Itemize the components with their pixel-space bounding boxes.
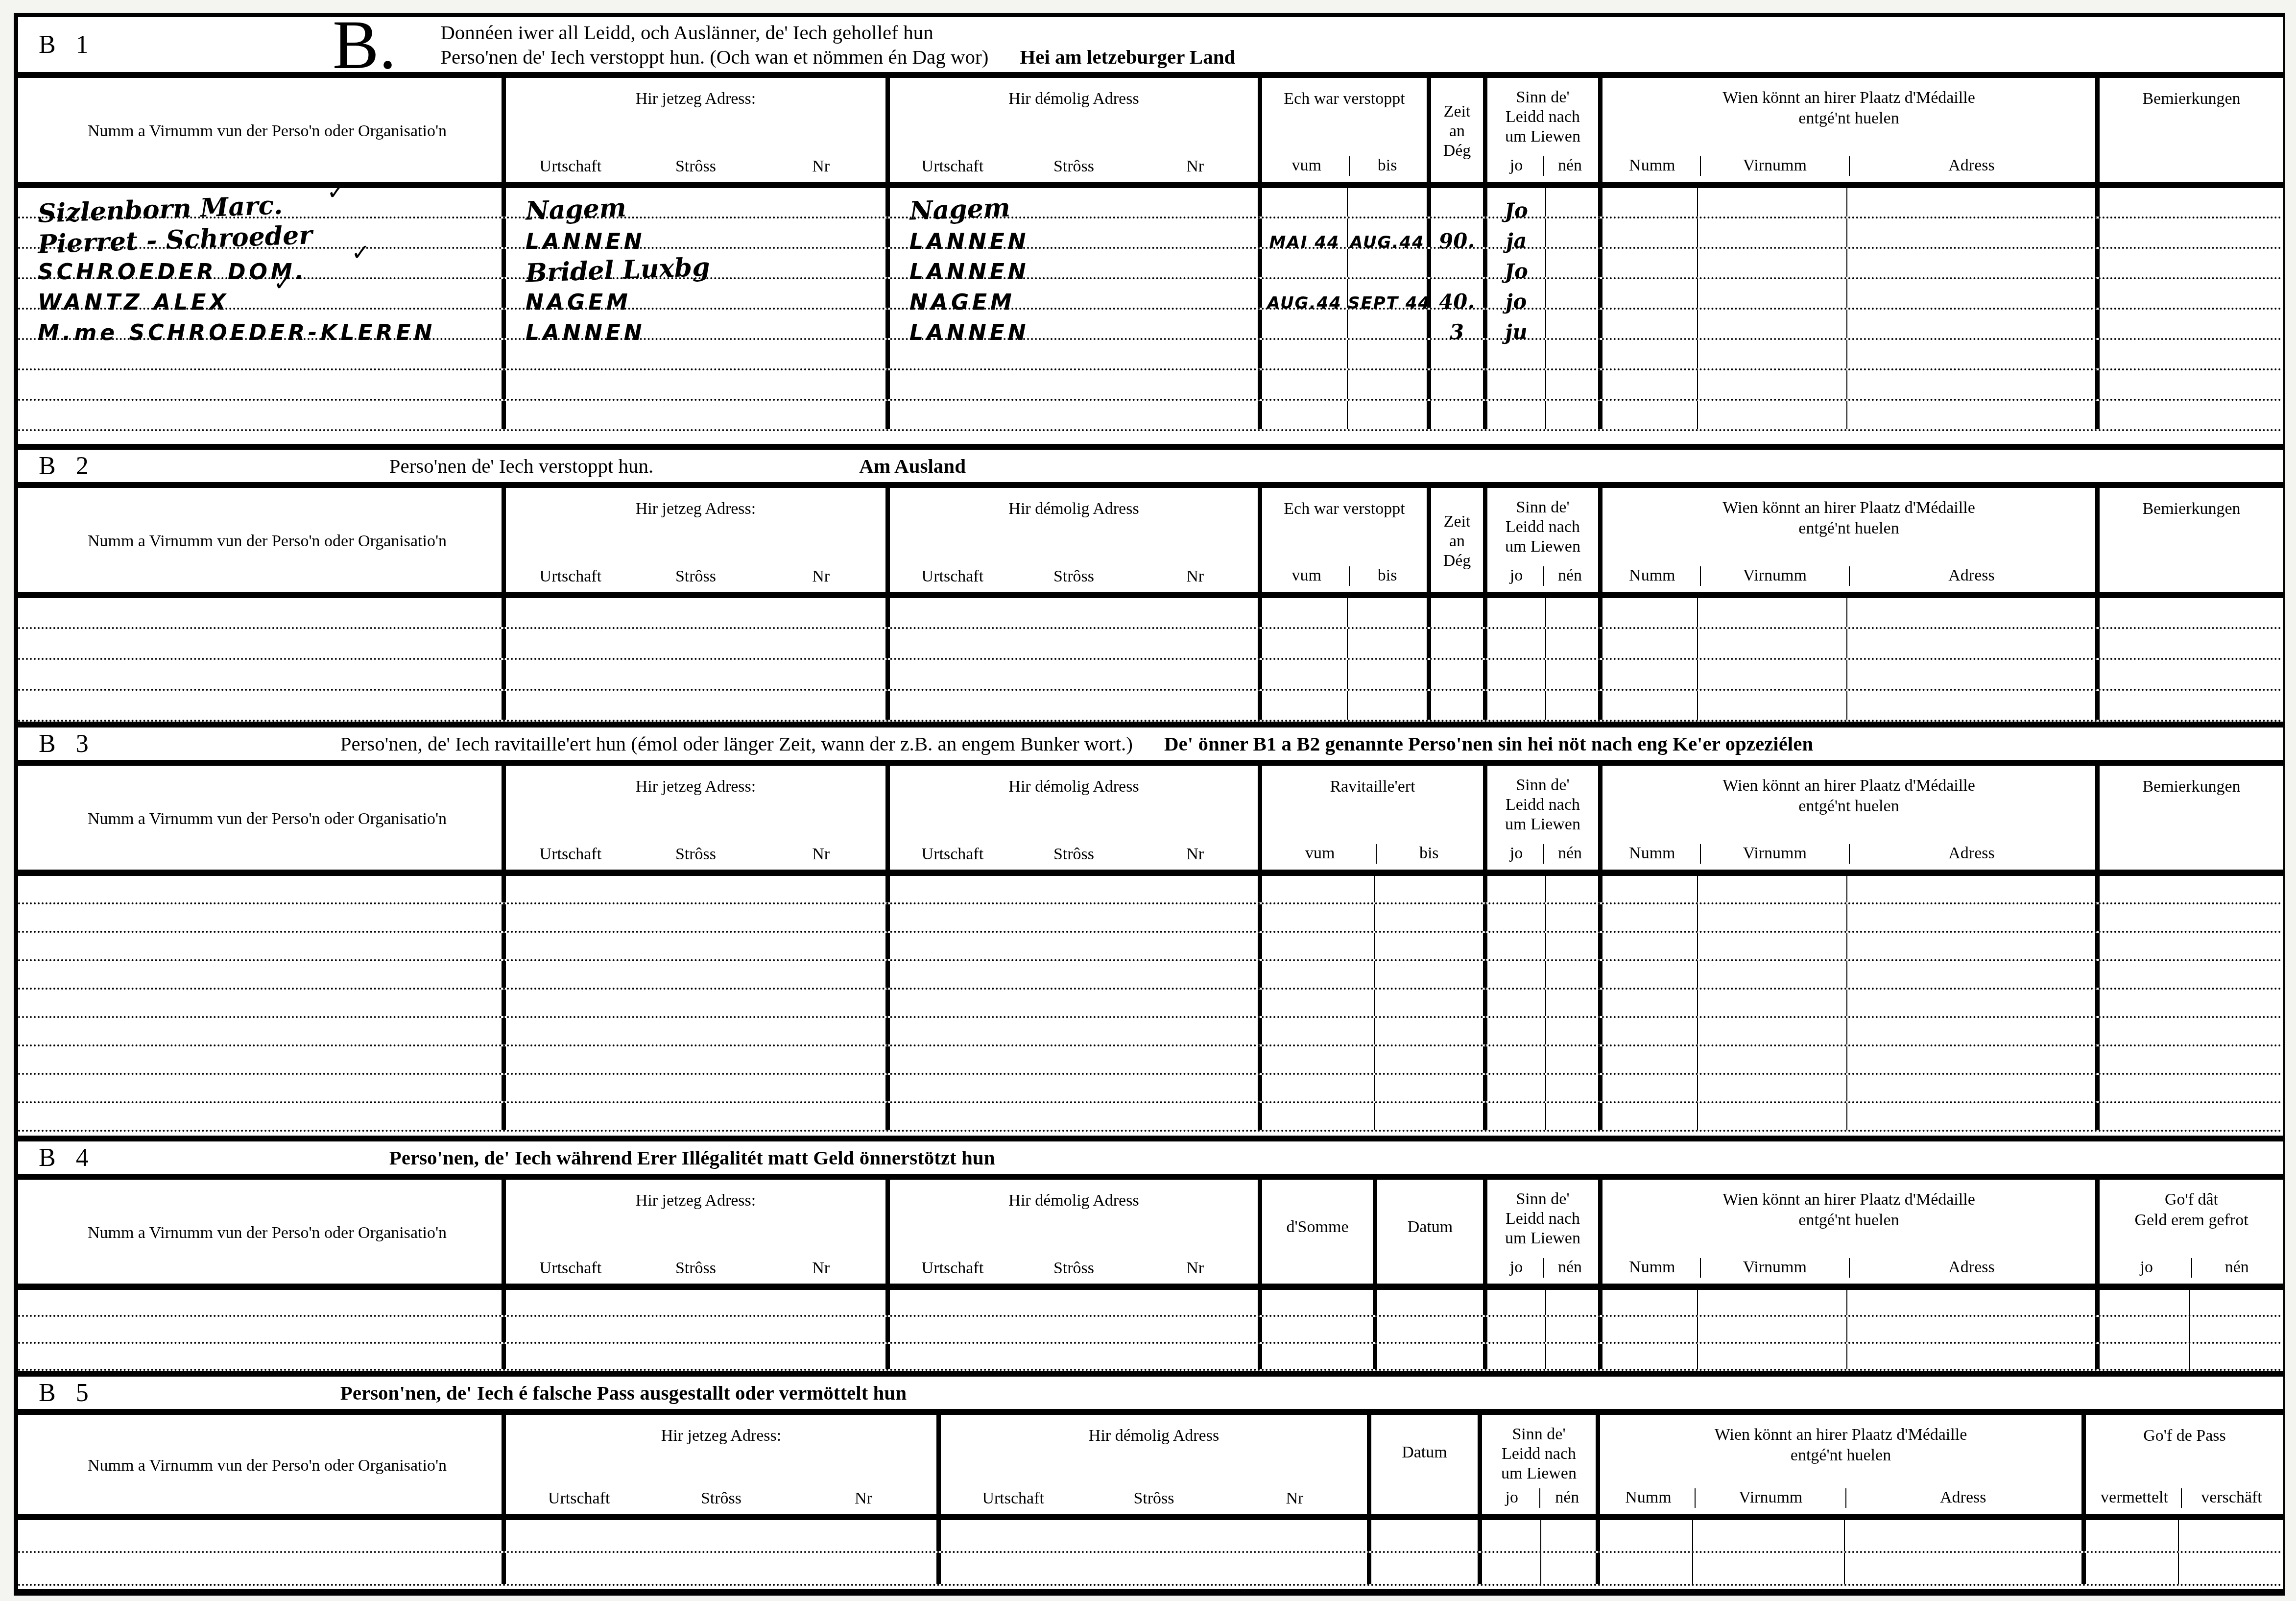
b3-r3-vum <box>1262 933 1375 959</box>
b3-r2-name <box>18 904 506 931</box>
jetzeg-label: Hir jetzeg Adress: <box>508 777 884 796</box>
urtschaft-label: Urtschaft <box>508 567 633 586</box>
numm-label: Numm <box>1604 156 1700 176</box>
name-col-label: Numm a Virnumm vun der Perso'n oder Orga… <box>73 122 447 141</box>
b3-r4-cell <box>1847 961 2100 988</box>
b3-r7-cell <box>1698 1046 1847 1073</box>
b4-r2-jo <box>1487 1317 1546 1342</box>
b2-r2-jo <box>1487 629 1546 658</box>
b1-col-jetzeg: Hir jetzeg Adress: Urtschaft Strôss Nr <box>506 78 890 182</box>
b4-col-datum: Datum <box>1377 1180 1487 1284</box>
b4-r2-cell <box>1847 1317 2100 1342</box>
b3-r5-jo <box>1487 990 1546 1016</box>
gof-pass-label: Go'f de Pass <box>2088 1427 2281 1445</box>
b1-r2-bis: AUG.44 <box>1348 218 1431 247</box>
b2-col-zeit: Zeit an Dég <box>1431 488 1487 592</box>
b1-row-5: M.me SCHROEDER-KLERENLANNENLANNEN3ju <box>18 310 2283 340</box>
nr-label: Nr <box>792 1489 934 1508</box>
sinn-line1: Sinn de' <box>1489 1189 1596 1209</box>
b2-row-4 <box>18 691 2283 722</box>
b3-r8-jo <box>1487 1075 1546 1101</box>
b3-rows <box>18 876 2283 1136</box>
b1-r7-cell <box>1602 370 1698 399</box>
b2-r4-jetzeg <box>506 691 890 720</box>
b1-r2-demolig-value: LANNEN <box>909 233 1029 251</box>
b5-title-band: B 5 Person'nen, de' Iech é falsche Pass … <box>18 1371 2283 1415</box>
b2-r4-jo <box>1487 691 1546 720</box>
b1-r8-zeit <box>1431 401 1487 429</box>
b3-r8-cell <box>1847 1075 2100 1101</box>
b3-r7-jo <box>1487 1046 1546 1073</box>
b3-r4-bis <box>1375 961 1487 988</box>
b1-r7-bis <box>1348 370 1431 399</box>
b3-r1-nen <box>1546 876 1602 902</box>
b1-r1-name-value: Sizlenborn Marc. <box>37 194 283 225</box>
section-b1: B 1 B. Donnéen iwer all Leidd, och Auslä… <box>18 13 2283 444</box>
wien-line1: Wien könnt an hirer Plaatz d'Médaille <box>1604 1189 2093 1210</box>
dsomme-label: d'Somme <box>1264 1218 1371 1237</box>
b2-row-3 <box>18 660 2283 691</box>
b1-r5-name-value: M.me SCHROEDER-KLEREN <box>38 324 435 342</box>
bis-label: bis <box>1349 566 1425 586</box>
b1-r4-demolig-value: NAGEM <box>909 293 1015 312</box>
wien-label: Wien könnt an hirer Plaatz d'Médaille en… <box>1602 1425 2080 1466</box>
nen-label: nén <box>2191 1258 2281 1278</box>
b5-row-2 <box>18 1553 2283 1586</box>
section-b4: B 4 Perso'nen, de' Iech während Erer Ill… <box>18 1136 2283 1371</box>
b3-r3-name <box>18 933 506 959</box>
b2-r1-bis <box>1348 598 1431 627</box>
b3-section-id: B 3 <box>39 729 96 758</box>
adress-label: Adress <box>1849 1258 2093 1278</box>
urtschaft-label: Urtschaft <box>508 1259 633 1278</box>
b4-r1-cell <box>1602 1290 1698 1315</box>
b1-titles: Donnéen iwer all Leidd, och Auslänner, d… <box>440 20 1235 69</box>
b5-col-datum: Datum <box>1371 1415 1482 1514</box>
b1-r6-cell <box>1847 340 2100 368</box>
b1-r4-vum: AUG.44 <box>1262 279 1348 308</box>
urtschaft-label: Urtschaft <box>892 157 1013 176</box>
b1-r6-bis <box>1348 340 1431 368</box>
b4-column-headers: Numm a Virnumm vun der Perso'n oder Orga… <box>18 1180 2283 1290</box>
b2-col-verstoppt: Ech war verstoppt vum bis <box>1262 488 1431 592</box>
b3-r1-cell <box>2100 876 2283 902</box>
wien-line2: entgé'nt huelen <box>1604 108 2093 129</box>
b3-r6-bis <box>1375 1018 1487 1044</box>
b1-col-demolig: Hir démolig Adress Urtschaft Strôss Nr <box>890 78 1262 182</box>
b1-r7-cell <box>1847 370 2100 399</box>
b3-row-6 <box>18 1018 2283 1046</box>
jetzeg-sublabels: Urtschaft Strôss Nr <box>508 1259 884 1278</box>
b1-r1-nen <box>1546 188 1602 217</box>
wien-line2: entgé'nt huelen <box>1604 796 2093 817</box>
b5-col-name: Numm a Virnumm vun der Perso'n oder Orga… <box>18 1415 506 1514</box>
b3-r2-vum <box>1262 904 1375 931</box>
wien-line2: entgé'nt huelen <box>1604 518 2093 539</box>
b1-r7-nen <box>1546 370 1602 399</box>
b1-r6-cell <box>2100 340 2283 368</box>
b1-r2-zeit: 90. <box>1431 218 1487 247</box>
stross-label: Strôss <box>633 845 759 864</box>
b3-title-band: B 3 Perso'nen, de' Iech ravitaille'ert h… <box>18 722 2283 766</box>
b4-r3-somme <box>1262 1344 1377 1369</box>
b1-r3-jo: Jo <box>1487 249 1546 277</box>
b3-r2-cell <box>1602 904 1698 931</box>
b2-r2-demolig <box>890 629 1262 658</box>
demolig-sublabels: Urtschaft Strôss Nr <box>892 845 1256 864</box>
wien-sublabels: Numm Virnumm Adress <box>1604 1258 2093 1278</box>
demolig-sublabels: Urtschaft Strôss Nr <box>892 1259 1256 1278</box>
b3-r6-cell <box>1698 1018 1847 1044</box>
b1-r7-jo <box>1487 370 1546 399</box>
adress-label: Adress <box>1849 156 2093 176</box>
b3-r8-jetzeg <box>506 1075 890 1101</box>
b1-title-line1: Donnéen iwer all Leidd, och Auslänner, d… <box>440 20 1235 45</box>
b1-r1-cell <box>1698 188 1847 217</box>
b4-r1-nen <box>1546 1290 1602 1315</box>
stross-label: Strôss <box>1013 567 1135 586</box>
b3-r6-name <box>18 1018 506 1044</box>
b1-r8-nen <box>1546 401 1602 429</box>
b3-r2-jo <box>1487 904 1546 931</box>
virnumm-label: Virnumm <box>1700 844 1849 864</box>
b2-title: Perso'nen de' Iech verstoppt hun. <box>389 454 654 478</box>
zeit-label: Zeit an Dég <box>1443 102 1471 161</box>
b1-r7-demolig <box>890 370 1262 399</box>
b1-col-verstoppt: Ech war verstoppt vum bis <box>1262 78 1431 182</box>
b4-col-sinn: Sinn de' Leidd nach um Liewen jo nén <box>1487 1180 1602 1284</box>
virnumm-label: Virnumm <box>1700 1258 1849 1278</box>
b3-title-bold: De' önner B1 a B2 genannte Perso'nen sin… <box>1164 732 1813 755</box>
b1-r2-vum: MAI 44 <box>1262 218 1348 247</box>
numm-label: Numm <box>1604 566 1700 586</box>
b1-r5-demolig-value: LANNEN <box>909 324 1029 342</box>
b3-r6-cell <box>2100 1018 2283 1044</box>
b4-r3-cell <box>2190 1344 2283 1369</box>
sinn-line2: Leidd nach <box>1489 1209 1596 1229</box>
b2-r3-bis <box>1348 660 1431 689</box>
ravitailleert-sublabels: vum bis <box>1264 844 1481 864</box>
b1-col-zeit: Zeit an Dég <box>1431 78 1487 182</box>
b4-r3-nen <box>1546 1344 1602 1369</box>
zeit-word2: an <box>1443 532 1471 551</box>
b4-r3-cell <box>2100 1344 2190 1369</box>
zeit-word1: Zeit <box>1443 512 1471 532</box>
jo-label: jo <box>1489 566 1543 586</box>
b1-r4-cell <box>1847 279 2100 308</box>
verstoppt-label: Ech war verstoppt <box>1264 500 1425 518</box>
sinn-line2: Leidd nach <box>1489 517 1596 537</box>
section-b3: B 3 Perso'nen, de' Iech ravitaille'ert h… <box>18 722 2283 1136</box>
b2-col-sinn: Sinn de' Leidd nach um Liewen jo nén <box>1487 488 1602 592</box>
b4-col-wien: Wien könnt an hirer Plaatz d'Médaille en… <box>1602 1180 2100 1284</box>
b1-r1-demolig: Nagem <box>890 188 1262 217</box>
sinn-line3: um Liewen <box>1489 537 1596 557</box>
jo-label: jo <box>2102 1258 2191 1278</box>
b2-r3-jo <box>1487 660 1546 689</box>
b5-r2-cell <box>1845 1553 2086 1584</box>
b1-r4-zeit-value: 40. <box>1439 292 1475 311</box>
b5-r2-datum <box>1371 1553 1482 1584</box>
b5-col-sinn: Sinn de' Leidd nach um Liewen jo nén <box>1482 1415 1600 1514</box>
b1-r4-jetzeg-value: NAGEM <box>526 293 631 312</box>
b3-r9-jetzeg <box>506 1103 890 1130</box>
b1-r1-name: Sizlenborn Marc.✓ <box>18 188 506 217</box>
b2-title-band: B 2 Perso'nen de' Iech verstoppt hun. Am… <box>18 444 2283 488</box>
b1-r3-bis <box>1348 249 1431 277</box>
b3-col-sinn: Sinn de' Leidd nach um Liewen jo nén <box>1487 766 1602 870</box>
b3-col-demolig: Hir démolig Adress Urtschaft Strôss Nr <box>890 766 1262 870</box>
b1-r5-jo-value: ju <box>1505 323 1528 341</box>
b5-r1-cell <box>2086 1520 2179 1551</box>
b3-r1-name <box>18 876 506 902</box>
b3-r6-jetzeg <box>506 1018 890 1044</box>
b2-r2-cell <box>1847 629 2100 658</box>
sinn-line3: um Liewen <box>1489 815 1596 834</box>
b1-r2-nen <box>1546 218 1602 247</box>
bis-label: bis <box>1376 844 1481 864</box>
b2-r3-cell <box>2100 660 2283 689</box>
nen-label: nén <box>1543 844 1596 864</box>
b2-r1-cell <box>1847 598 2100 627</box>
b5-r1-datum <box>1371 1520 1482 1551</box>
b5-r1-nen <box>1541 1520 1600 1551</box>
b1-r5-cell <box>1847 310 2100 338</box>
b4-col-dsomme: d'Somme <box>1262 1180 1377 1284</box>
b4-r2-somme <box>1262 1317 1377 1342</box>
jetzeg-sublabels: Urtschaft Strôss Nr <box>508 845 884 864</box>
b3-r9-name <box>18 1103 506 1130</box>
b4-r1-name <box>18 1290 506 1315</box>
b4-col-jetzeg: Hir jetzeg Adress: Urtschaft Strôss Nr <box>506 1180 890 1284</box>
b3-r3-demolig <box>890 933 1262 959</box>
b4-r3-cell <box>1602 1344 1698 1369</box>
verschaft-label: verschäft <box>2181 1488 2281 1508</box>
b4-section-id: B 4 <box>39 1143 96 1172</box>
b1-r2-cell <box>1602 218 1698 247</box>
b3-r9-vum <box>1262 1103 1375 1130</box>
nr-label: Nr <box>1134 157 1256 176</box>
b2-r3-cell <box>1698 660 1847 689</box>
b3-r1-jo <box>1487 876 1546 902</box>
b4-title: Perso'nen, de' Iech während Erer Illégal… <box>389 1146 995 1169</box>
b1-r1-cell <box>1847 188 2100 217</box>
b2-col-bemierkungen: Bemierkungen <box>2100 488 2283 592</box>
b2-section-id: B 2 <box>39 452 96 481</box>
b3-r2-cell <box>1847 904 2100 931</box>
b2-r2-jetzeg <box>506 629 890 658</box>
wien-label: Wien könnt an hirer Plaatz d'Médaille en… <box>1604 88 2093 129</box>
zeit-word2: an <box>1443 121 1471 141</box>
b4-r1-cell <box>2100 1290 2190 1315</box>
b4-r3-jetzeg <box>506 1344 890 1369</box>
jetzeg-sublabels: Urtschaft Strôss Nr <box>508 1489 934 1508</box>
b3-r7-demolig <box>890 1046 1262 1073</box>
b3-r3-jetzeg <box>506 933 890 959</box>
b1-r5-nen <box>1546 310 1602 338</box>
b3-r9-bis <box>1375 1103 1487 1130</box>
b1-title-line2: Perso'nen de' Iech verstoppt hun. (Och w… <box>440 45 1235 69</box>
nen-label: nén <box>1539 1488 1594 1508</box>
zeit-word3: Dég <box>1443 551 1471 571</box>
b3-r5-cell <box>2100 990 2283 1016</box>
b3-r1-jetzeg <box>506 876 890 902</box>
b3-r8-vum <box>1262 1075 1375 1101</box>
b3-r3-bis <box>1375 933 1487 959</box>
b2-r1-nen <box>1546 598 1602 627</box>
b3-r7-name <box>18 1046 506 1073</box>
b3-r8-cell <box>1698 1075 1847 1101</box>
b1-r7-cell <box>1698 370 1847 399</box>
b3-r4-vum <box>1262 961 1375 988</box>
stross-label: Strôss <box>650 1489 792 1508</box>
nen-label: nén <box>1543 566 1596 586</box>
b3-r5-cell <box>1847 990 2100 1016</box>
b3-r7-bis <box>1375 1046 1487 1073</box>
sinn-line1: Sinn de' <box>1489 776 1596 795</box>
b1-r2-cell <box>2100 218 2283 247</box>
b4-r2-cell <box>2100 1317 2190 1342</box>
b3-r9-cell <box>1602 1103 1698 1130</box>
vum-label: vum <box>1264 156 1349 176</box>
b1-r3-cell <box>2100 249 2283 277</box>
b2-r4-bis <box>1348 691 1431 720</box>
b5-r1-jo <box>1482 1520 1541 1551</box>
nr-label: Nr <box>758 1259 884 1278</box>
sinn-line1: Sinn de' <box>1484 1425 1594 1444</box>
datum-label: Datum <box>1379 1218 1481 1237</box>
b1-r1-jetzeg: Nagem <box>506 188 890 217</box>
b1-r4-bis-value: SEPT 44 <box>1348 296 1431 311</box>
wien-sublabels: Numm Virnumm Adress <box>1602 1488 2080 1508</box>
b1-r1-bis <box>1348 188 1431 217</box>
b2-r3-cell <box>1602 660 1698 689</box>
b3-row-4 <box>18 961 2283 990</box>
b1-big-letter: B. <box>333 23 396 67</box>
b1-r3-vum <box>1262 249 1348 277</box>
b5-col-demolig: Hir démolig Adress Urtschaft Strôss Nr <box>941 1415 1371 1514</box>
b3-r3-nen <box>1546 933 1602 959</box>
b3-r4-cell <box>1698 961 1847 988</box>
b3-r9-jo <box>1487 1103 1546 1130</box>
jo-label: jo <box>1484 1488 1539 1508</box>
b3-r6-jo <box>1487 1018 1546 1044</box>
b2-r1-demolig <box>890 598 1262 627</box>
urtschaft-label: Urtschaft <box>892 845 1013 864</box>
b3-r1-bis <box>1375 876 1487 902</box>
wien-line1: Wien könnt an hirer Plaatz d'Médaille <box>1604 498 2093 518</box>
b3-r1-demolig <box>890 876 1262 902</box>
b3-row-3 <box>18 933 2283 961</box>
b1-r8-name <box>18 401 506 429</box>
bemierkungen-label: Bemierkungen <box>2102 500 2281 518</box>
b1-r5-zeit-value: 3 <box>1450 323 1464 341</box>
b1-r8-cell <box>1847 401 2100 429</box>
wien-line1: Wien könnt an hirer Plaatz d'Médaille <box>1602 1425 2080 1445</box>
b3-r4-jetzeg <box>506 961 890 988</box>
jetzeg-label: Hir jetzeg Adress: <box>508 1427 934 1445</box>
verstoppt-label: Ech war verstoppt <box>1264 90 1425 108</box>
b1-r3-cell <box>1698 249 1847 277</box>
stross-label: Strôss <box>1013 157 1135 176</box>
b4-row-3 <box>18 1344 2283 1371</box>
stross-label: Strôss <box>1013 1259 1135 1278</box>
b2-r4-cell <box>1602 691 1698 720</box>
b4-r2-jetzeg <box>506 1317 890 1342</box>
b3-r3-cell <box>2100 933 2283 959</box>
b5-title: Person'nen, de' Iech é falsche Pass ausg… <box>340 1381 907 1405</box>
vermettelt-label: vermettelt <box>2088 1488 2181 1508</box>
b3-r5-name <box>18 990 506 1016</box>
b3-row-9 <box>18 1103 2283 1132</box>
b4-r1-jo <box>1487 1290 1546 1315</box>
b1-r6-vum <box>1262 340 1348 368</box>
sinn-line2: Leidd nach <box>1489 795 1596 815</box>
b3-r9-demolig <box>890 1103 1262 1130</box>
b3-r6-cell <box>1847 1018 2100 1044</box>
b4-r2-demolig <box>890 1317 1262 1342</box>
b3-col-jetzeg: Hir jetzeg Adress: Urtschaft Strôss Nr <box>506 766 890 870</box>
jetzeg-label: Hir jetzeg Adress: <box>508 500 884 518</box>
stross-label: Strôss <box>633 157 759 176</box>
adress-label: Adress <box>1849 844 2093 864</box>
b2-r1-cell <box>1698 598 1847 627</box>
b3-r7-nen <box>1546 1046 1602 1073</box>
demolig-sublabels: Urtschaft Strôss Nr <box>892 567 1256 586</box>
gof-geld-label: Go'f dât Geld erem gefrot <box>2102 1189 2281 1231</box>
b2-r2-cell <box>2100 629 2283 658</box>
b1-r5-bis <box>1348 310 1431 338</box>
b5-r1-cell <box>1845 1520 2086 1551</box>
gof-pass-sublabels: vermettelt verschäft <box>2088 1488 2281 1508</box>
demolig-label: Hir démolig Adress <box>943 1427 1365 1445</box>
b5-col-gof-pass: Go'f de Pass vermettelt verschäft <box>2086 1415 2283 1514</box>
b1-r8-cell <box>1602 401 1698 429</box>
b1-r1-cell <box>1602 188 1698 217</box>
zeit-word1: Zeit <box>1443 102 1471 121</box>
b5-r1-jetzeg <box>506 1520 941 1551</box>
b5-r1-cell <box>1693 1520 1845 1551</box>
b1-r1-jo: Jo <box>1487 188 1546 217</box>
jo-label: jo <box>1489 156 1543 176</box>
b3-r8-bis <box>1375 1075 1487 1101</box>
urtschaft-label: Urtschaft <box>892 567 1013 586</box>
b3-row-7 <box>18 1046 2283 1075</box>
b1-r4-jo: jo <box>1487 279 1546 308</box>
jetzeg-sublabels: Urtschaft Strôss Nr <box>508 567 884 586</box>
urtschaft-label: Urtschaft <box>508 157 633 176</box>
b2-r3-cell <box>1847 660 2100 689</box>
sinn-sublabels: jo nén <box>1489 156 1596 176</box>
b2-r1-zeit <box>1431 598 1487 627</box>
b4-r3-cell <box>1698 1344 1847 1369</box>
b2-col-demolig: Hir démolig Adress Urtschaft Strôss Nr <box>890 488 1262 592</box>
wien-sublabels: Numm Virnumm Adress <box>1604 156 2093 176</box>
b2-r2-name <box>18 629 506 658</box>
b2-r4-cell <box>1847 691 2100 720</box>
b2-r1-cell <box>1602 598 1698 627</box>
b5-r1-demolig <box>941 1520 1371 1551</box>
sinn-line1: Sinn de' <box>1489 498 1596 517</box>
b1-row-8 <box>18 401 2283 431</box>
b1-r3-cell <box>1847 249 2100 277</box>
b3-r8-nen <box>1546 1075 1602 1101</box>
b5-r2-cell <box>1600 1553 1693 1584</box>
bemierkungen-label: Bemierkungen <box>2102 777 2281 796</box>
b3-r8-cell <box>1602 1075 1698 1101</box>
checkmark-icon: ✓ <box>351 239 370 266</box>
b1-r6-cell <box>1698 340 1847 368</box>
